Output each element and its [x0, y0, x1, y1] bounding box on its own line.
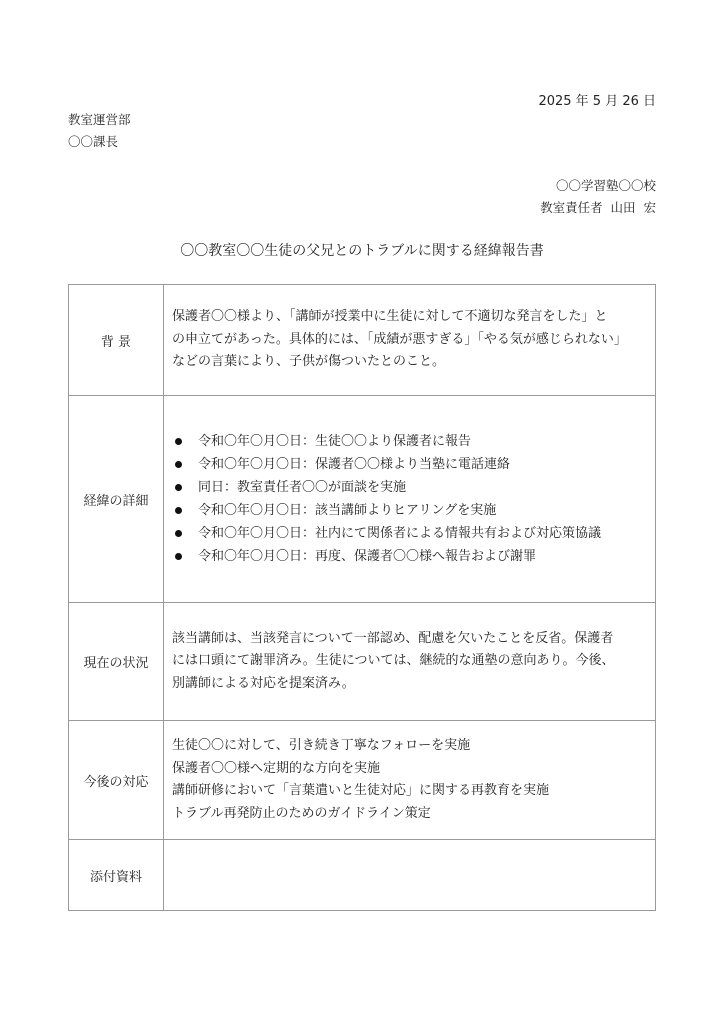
- list-item: 令和〇年〇月〇日：保護者〇〇様より当塾に電話連絡: [172, 453, 647, 476]
- list-item-text: 令和〇年〇月〇日：生徒〇〇より保護者に報告: [198, 434, 471, 449]
- list-item: 同日：教室責任者〇〇が面談を実施: [172, 476, 647, 499]
- table-row-details: 経緯の詳細 令和〇年〇月〇日：生徒〇〇より保護者に報告 令和〇年〇月〇日：保護者…: [69, 396, 656, 603]
- text-line: トラブル再発防止のためのガイドライン策定: [172, 803, 647, 826]
- row-label: 現在の状況: [69, 603, 164, 721]
- table-row-future-actions: 今後の対応 生徒〇〇に対して、引き続き丁寧なフォローを実施 保護者〇〇様へ定期的…: [69, 721, 656, 840]
- list-item: 令和〇年〇月〇日：再度、保護者〇〇様へ報告および謝罪: [172, 545, 647, 568]
- text-line: 別講師による対応を提案済み。: [172, 673, 647, 696]
- text-line: 保護者〇〇様へ定期的な方向を実施: [172, 758, 647, 781]
- report-date: 2025 年 5 月 26 日: [538, 90, 656, 109]
- list-item-text: 同日：教室責任者〇〇が面談を実施: [198, 480, 406, 495]
- row-label: 今後の対応: [69, 721, 164, 840]
- status-content: 該当講師は、当該発言について一部認め、配慮を欠いたことを反省。保護者 には口頭に…: [164, 603, 656, 721]
- list-item-text: 令和〇年〇月〇日：再度、保護者〇〇様へ報告および謝罪: [198, 549, 536, 564]
- text-line: 講師研修において「言葉遣いと生徒対応」に関する再教育を実施: [172, 780, 647, 803]
- bullet-icon: [175, 484, 182, 491]
- table-row-background: 背 景 保護者〇〇様より、「講師が授業中に生徒に対して不適切な発言をした」と の…: [69, 285, 656, 396]
- list-item-text: 令和〇年〇月〇日：該当講師よりヒアリングを実施: [198, 503, 496, 518]
- list-item: 令和〇年〇月〇日：該当講師よりヒアリングを実施: [172, 499, 647, 522]
- recipient-title: 〇〇課長: [68, 131, 118, 153]
- list-item: 令和〇年〇月〇日：生徒〇〇より保護者に報告: [172, 430, 647, 453]
- timeline-list: 令和〇年〇月〇日：生徒〇〇より保護者に報告 令和〇年〇月〇日：保護者〇〇様より当…: [172, 430, 647, 568]
- text-line: には口頭にて謝罪済み。生徒については、継続的な通塾の意向あり。今後、: [172, 650, 647, 673]
- bullet-icon: [175, 461, 182, 468]
- row-label: 経緯の詳細: [69, 396, 164, 603]
- background-content: 保護者〇〇様より、「講師が授業中に生徒に対して不適切な発言をした」と の申立てが…: [164, 285, 656, 396]
- bullet-icon: [175, 507, 182, 514]
- text-line: 該当講師は、当該発言について一部認め、配慮を欠いたことを反省。保護者: [172, 628, 647, 651]
- sender-organization: 〇〇学習塾〇〇校: [556, 175, 656, 197]
- future-actions-content: 生徒〇〇に対して、引き続き丁寧なフォローを実施 保護者〇〇様へ定期的な方向を実施…: [164, 721, 656, 840]
- document-title: 〇〇教室〇〇生徒の父兄とのトラブルに関する経緯報告書: [0, 240, 724, 260]
- list-item-text: 令和〇年〇月〇日：社内にて関係者による情報共有および対応策協議: [198, 526, 601, 541]
- bullet-icon: [175, 553, 182, 560]
- text-line: の申立てがあった。具体的には、「成績が悪すぎる」「やる気が感じられない」: [172, 329, 647, 352]
- details-content: 令和〇年〇月〇日：生徒〇〇より保護者に報告 令和〇年〇月〇日：保護者〇〇様より当…: [164, 396, 656, 603]
- attachments-content: [164, 840, 656, 911]
- list-item: 令和〇年〇月〇日：社内にて関係者による情報共有および対応策協議: [172, 522, 647, 545]
- recipient-department: 教室運営部: [68, 109, 131, 131]
- row-label: 添付資料: [69, 840, 164, 911]
- table-row-current-status: 現在の状況 該当講師は、当該発言について一部認め、配慮を欠いたことを反省。保護者…: [69, 603, 656, 721]
- bullet-icon: [175, 530, 182, 537]
- report-table: 背 景 保護者〇〇様より、「講師が授業中に生徒に対して不適切な発言をした」と の…: [68, 284, 656, 911]
- row-label: 背 景: [69, 285, 164, 396]
- bullet-icon: [175, 438, 182, 445]
- list-item-text: 令和〇年〇月〇日：保護者〇〇様より当塾に電話連絡: [198, 457, 510, 472]
- text-line: 生徒〇〇に対して、引き続き丁寧なフォローを実施: [172, 735, 647, 758]
- sender-person: 教室責任者 山田 宏: [540, 197, 656, 219]
- text-line: などの言葉により、子供が傷ついたとのこと。: [172, 351, 647, 374]
- table-row-attachments: 添付資料: [69, 840, 656, 911]
- text-line: 保護者〇〇様より、「講師が授業中に生徒に対して不適切な発言をした」と: [172, 306, 647, 329]
